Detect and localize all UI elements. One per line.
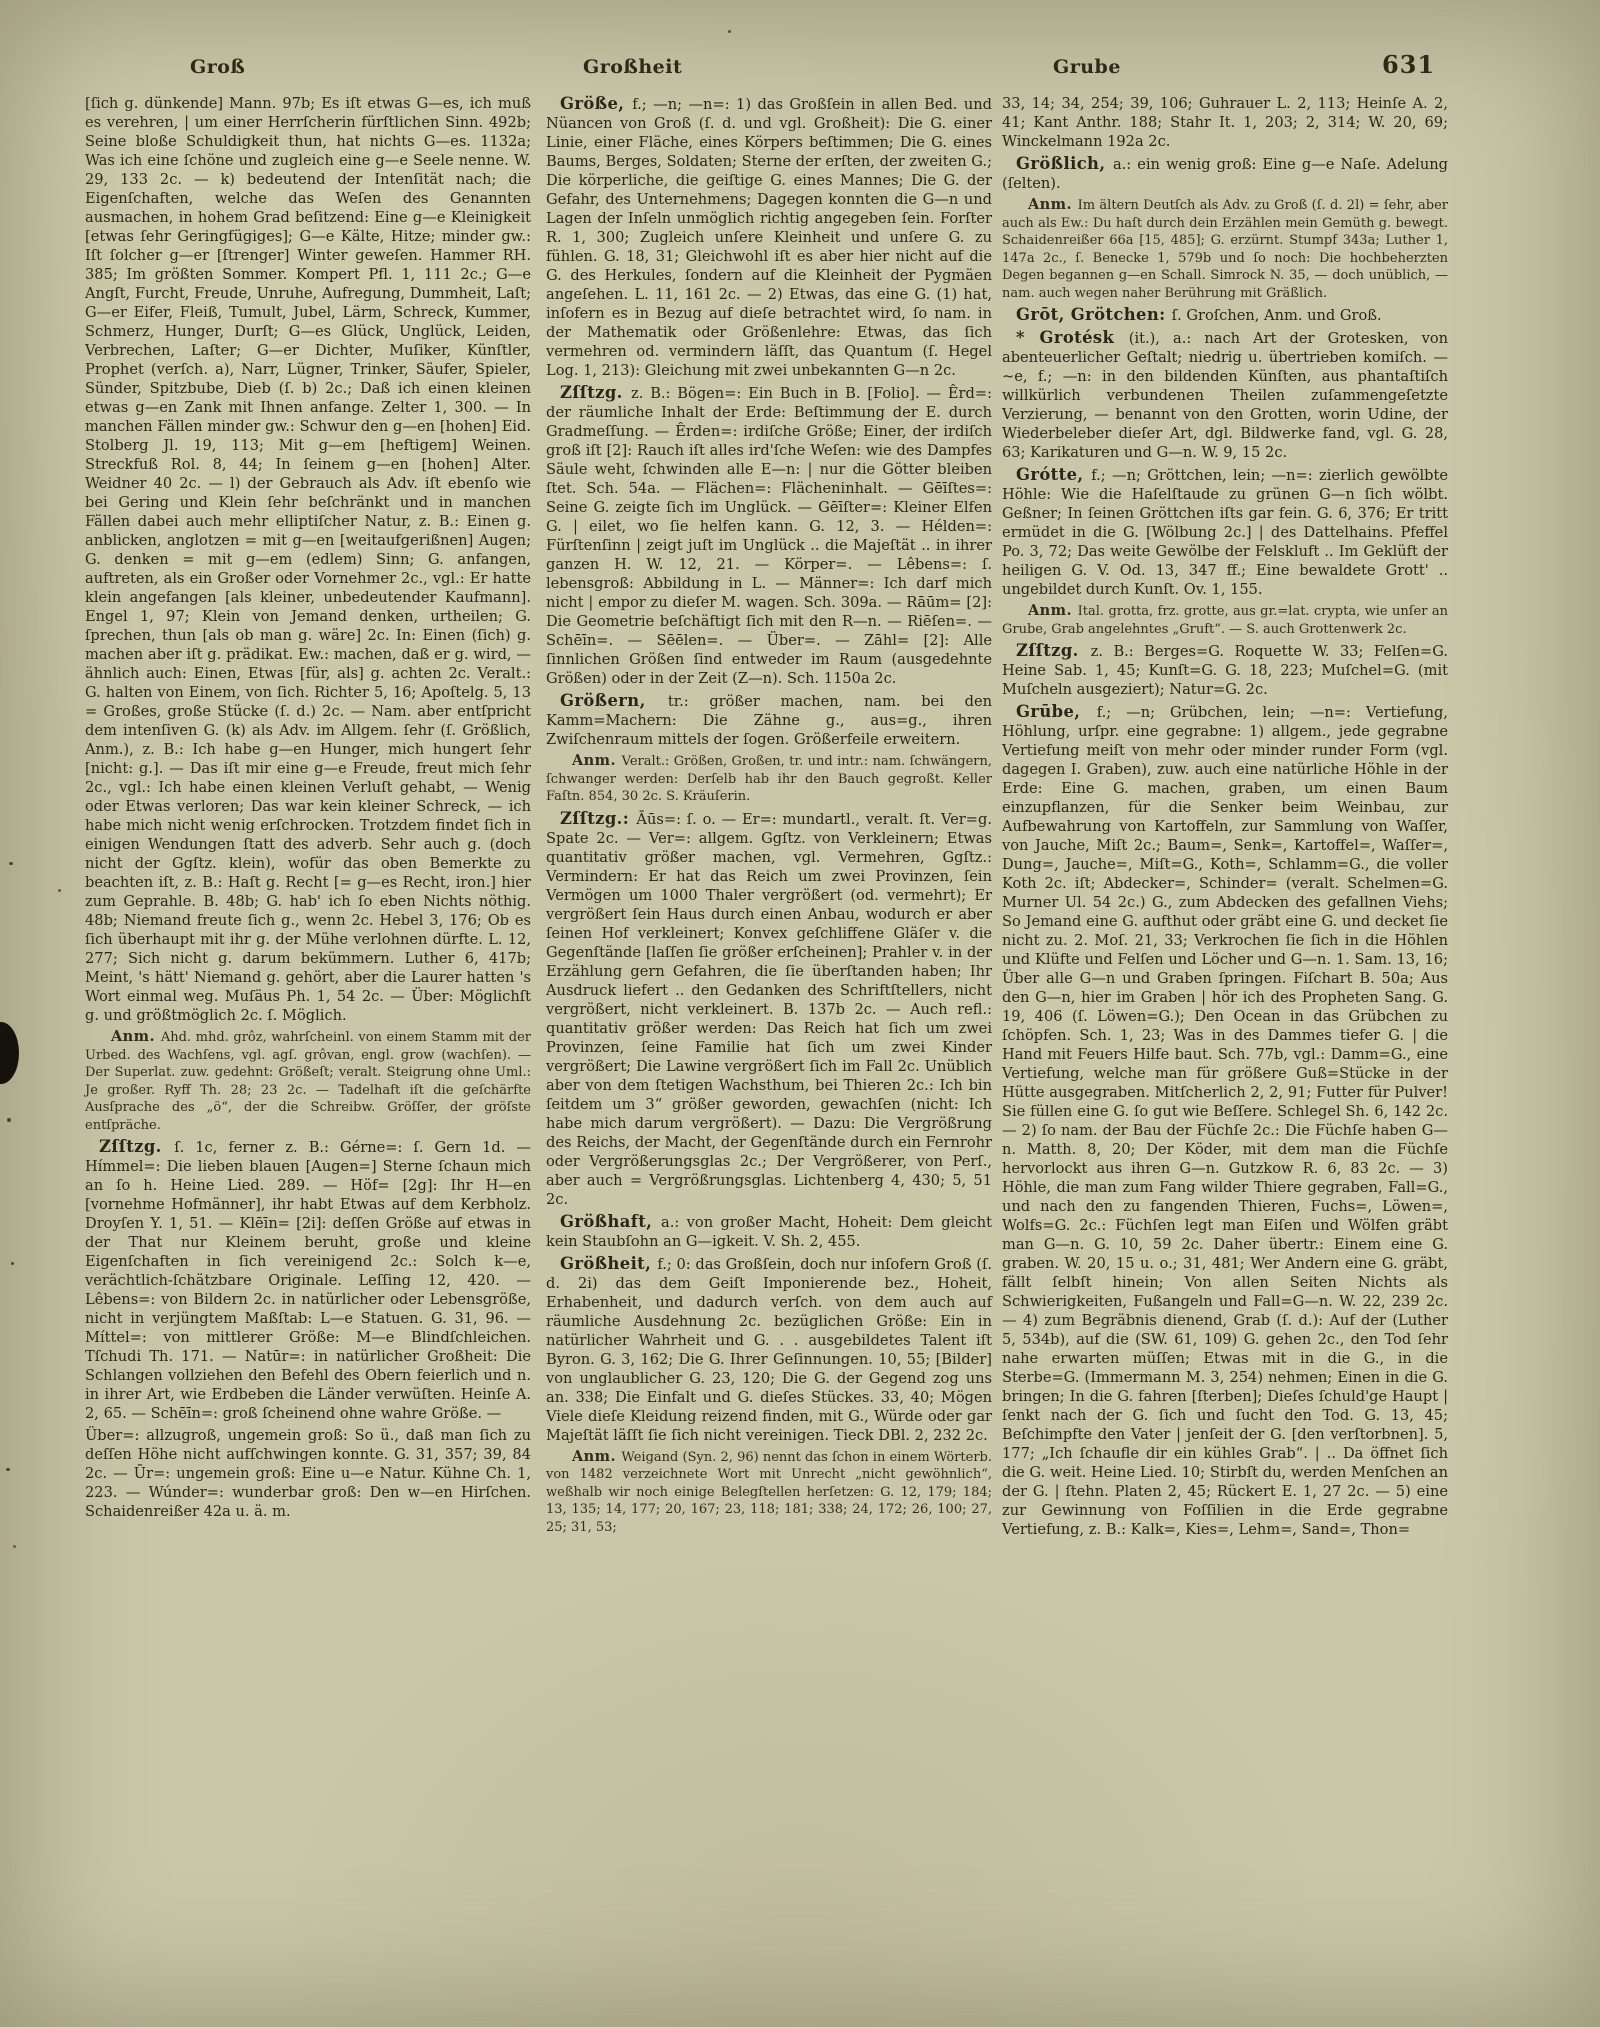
page-number: 631 [1382, 50, 1435, 79]
dictionary-entry: Zſſtzg. z. B.: Berges=G. Roquette W. 33;… [1002, 641, 1448, 699]
entry-headword: Anm. [572, 1448, 621, 1465]
dictionary-entry: Zſſtzg. z. B.: Bögen=: Ein Buch in B. [F… [546, 383, 992, 688]
text-column-right: 33, 14; 34, 254; 39, 106; Guhrauer L. 2,… [1002, 94, 1448, 1542]
entry-headword: Anm. [1028, 602, 1078, 619]
dictionary-entry: Grótte, f.; —n; Gröttchen, lein; —n=: zi… [1002, 465, 1448, 599]
scan-speck [9, 862, 13, 865]
entry-headword: * Grotésk [1016, 328, 1129, 347]
scanned-dictionary-page: { "page": { "number": "631", "running_he… [0, 0, 1600, 2027]
entry-headword: Zſſtzg.: [560, 809, 636, 828]
entry-headword: Größhaft, [560, 1212, 661, 1231]
dictionary-entry: Anm. Weigand (Syn. 2, 96) nennt das ſcho… [546, 1448, 992, 1537]
entry-headword: Anm. [572, 752, 622, 769]
dictionary-entry: Größern, tr.: größer machen, nam. bei de… [546, 691, 992, 749]
scan-speck [7, 1118, 11, 1122]
running-head-right: Grube [1053, 56, 1121, 78]
scan-speck [58, 889, 61, 892]
entry-headword: Größern, [560, 691, 668, 710]
entry-headword: Anm. [1028, 196, 1078, 213]
entry-headword: Grūbe, [1016, 702, 1097, 721]
scan-speck [6, 1468, 10, 1471]
paragraph: Über=: allzugroß, ungemein groß: So ü., … [85, 1426, 531, 1521]
dictionary-entry: Größheit, f.; 0: das Großſein, doch nur … [546, 1254, 992, 1445]
dictionary-entry: Grōt, Grötchen: ſ. Groſchen, Anm. und Gr… [1002, 305, 1448, 325]
entry-headword: Größheit, [560, 1254, 657, 1273]
entry-headword: Zſſtzg. [99, 1137, 174, 1156]
dictionary-entry: Größhaft, a.: von großer Macht, Hoheit: … [546, 1212, 992, 1251]
entry-headword: Größlich, [1016, 154, 1113, 173]
dictionary-entry: Grūbe, f.; —n; Grübchen, lein; —n=: Vert… [1002, 702, 1448, 1539]
dictionary-entry: Anm. Ital. grotta, frz. grotte, aus gr.=… [1002, 602, 1448, 638]
entry-headword: Größe, [560, 94, 632, 113]
text-column-center: Größe, f.; —n; —n=: 1) das Großſein in a… [546, 94, 992, 1539]
dictionary-entry: Anm. Ahd. mhd. grôz, wahrſcheinl. von ei… [85, 1028, 531, 1134]
entry-headword: Grōt, Grötchen: [1016, 305, 1172, 324]
dictionary-entry: * Grotésk (it.), a.: nach Art der Grotes… [1002, 328, 1448, 462]
dictionary-entry: Größlich, a.: ein wenig groß: Eine g—e N… [1002, 154, 1448, 193]
dictionary-entry: Anm. Veralt.: Größen, Großen, tr. und in… [546, 752, 992, 806]
scan-speck [11, 1262, 14, 1265]
scan-edge-artifact [0, 1022, 19, 1084]
running-head-left: Groß [190, 56, 245, 78]
paragraph: [ſich g. dünkende] Mann. 97b; Es iſt etw… [85, 94, 531, 1025]
scan-speck [13, 1545, 16, 1548]
dictionary-entry: Zſſtzg. ſ. 1c, ferner z. B.: Gérne=: ſ. … [85, 1137, 531, 1423]
text-column-left: [ſich g. dünkende] Mann. 97b; Es iſt etw… [85, 94, 531, 1524]
entry-headword: Grótte, [1016, 465, 1091, 484]
scan-speck [728, 30, 731, 33]
entry-headword: Anm. [111, 1028, 161, 1045]
dictionary-entry: Anm. Im ältern Deutſch als Adv. zu Groß … [1002, 196, 1448, 302]
paragraph: 33, 14; 34, 254; 39, 106; Guhrauer L. 2,… [1002, 94, 1448, 151]
running-head-center: Großheit [583, 56, 682, 78]
entry-headword: Zſſtzg. [1016, 641, 1091, 660]
dictionary-entry: Zſſtzg.: Āūs=: ſ. o. — Er=: mundartl., v… [546, 809, 992, 1209]
dictionary-entry: Größe, f.; —n; —n=: 1) das Großſein in a… [546, 94, 992, 380]
entry-headword: Zſſtzg. [560, 383, 631, 402]
